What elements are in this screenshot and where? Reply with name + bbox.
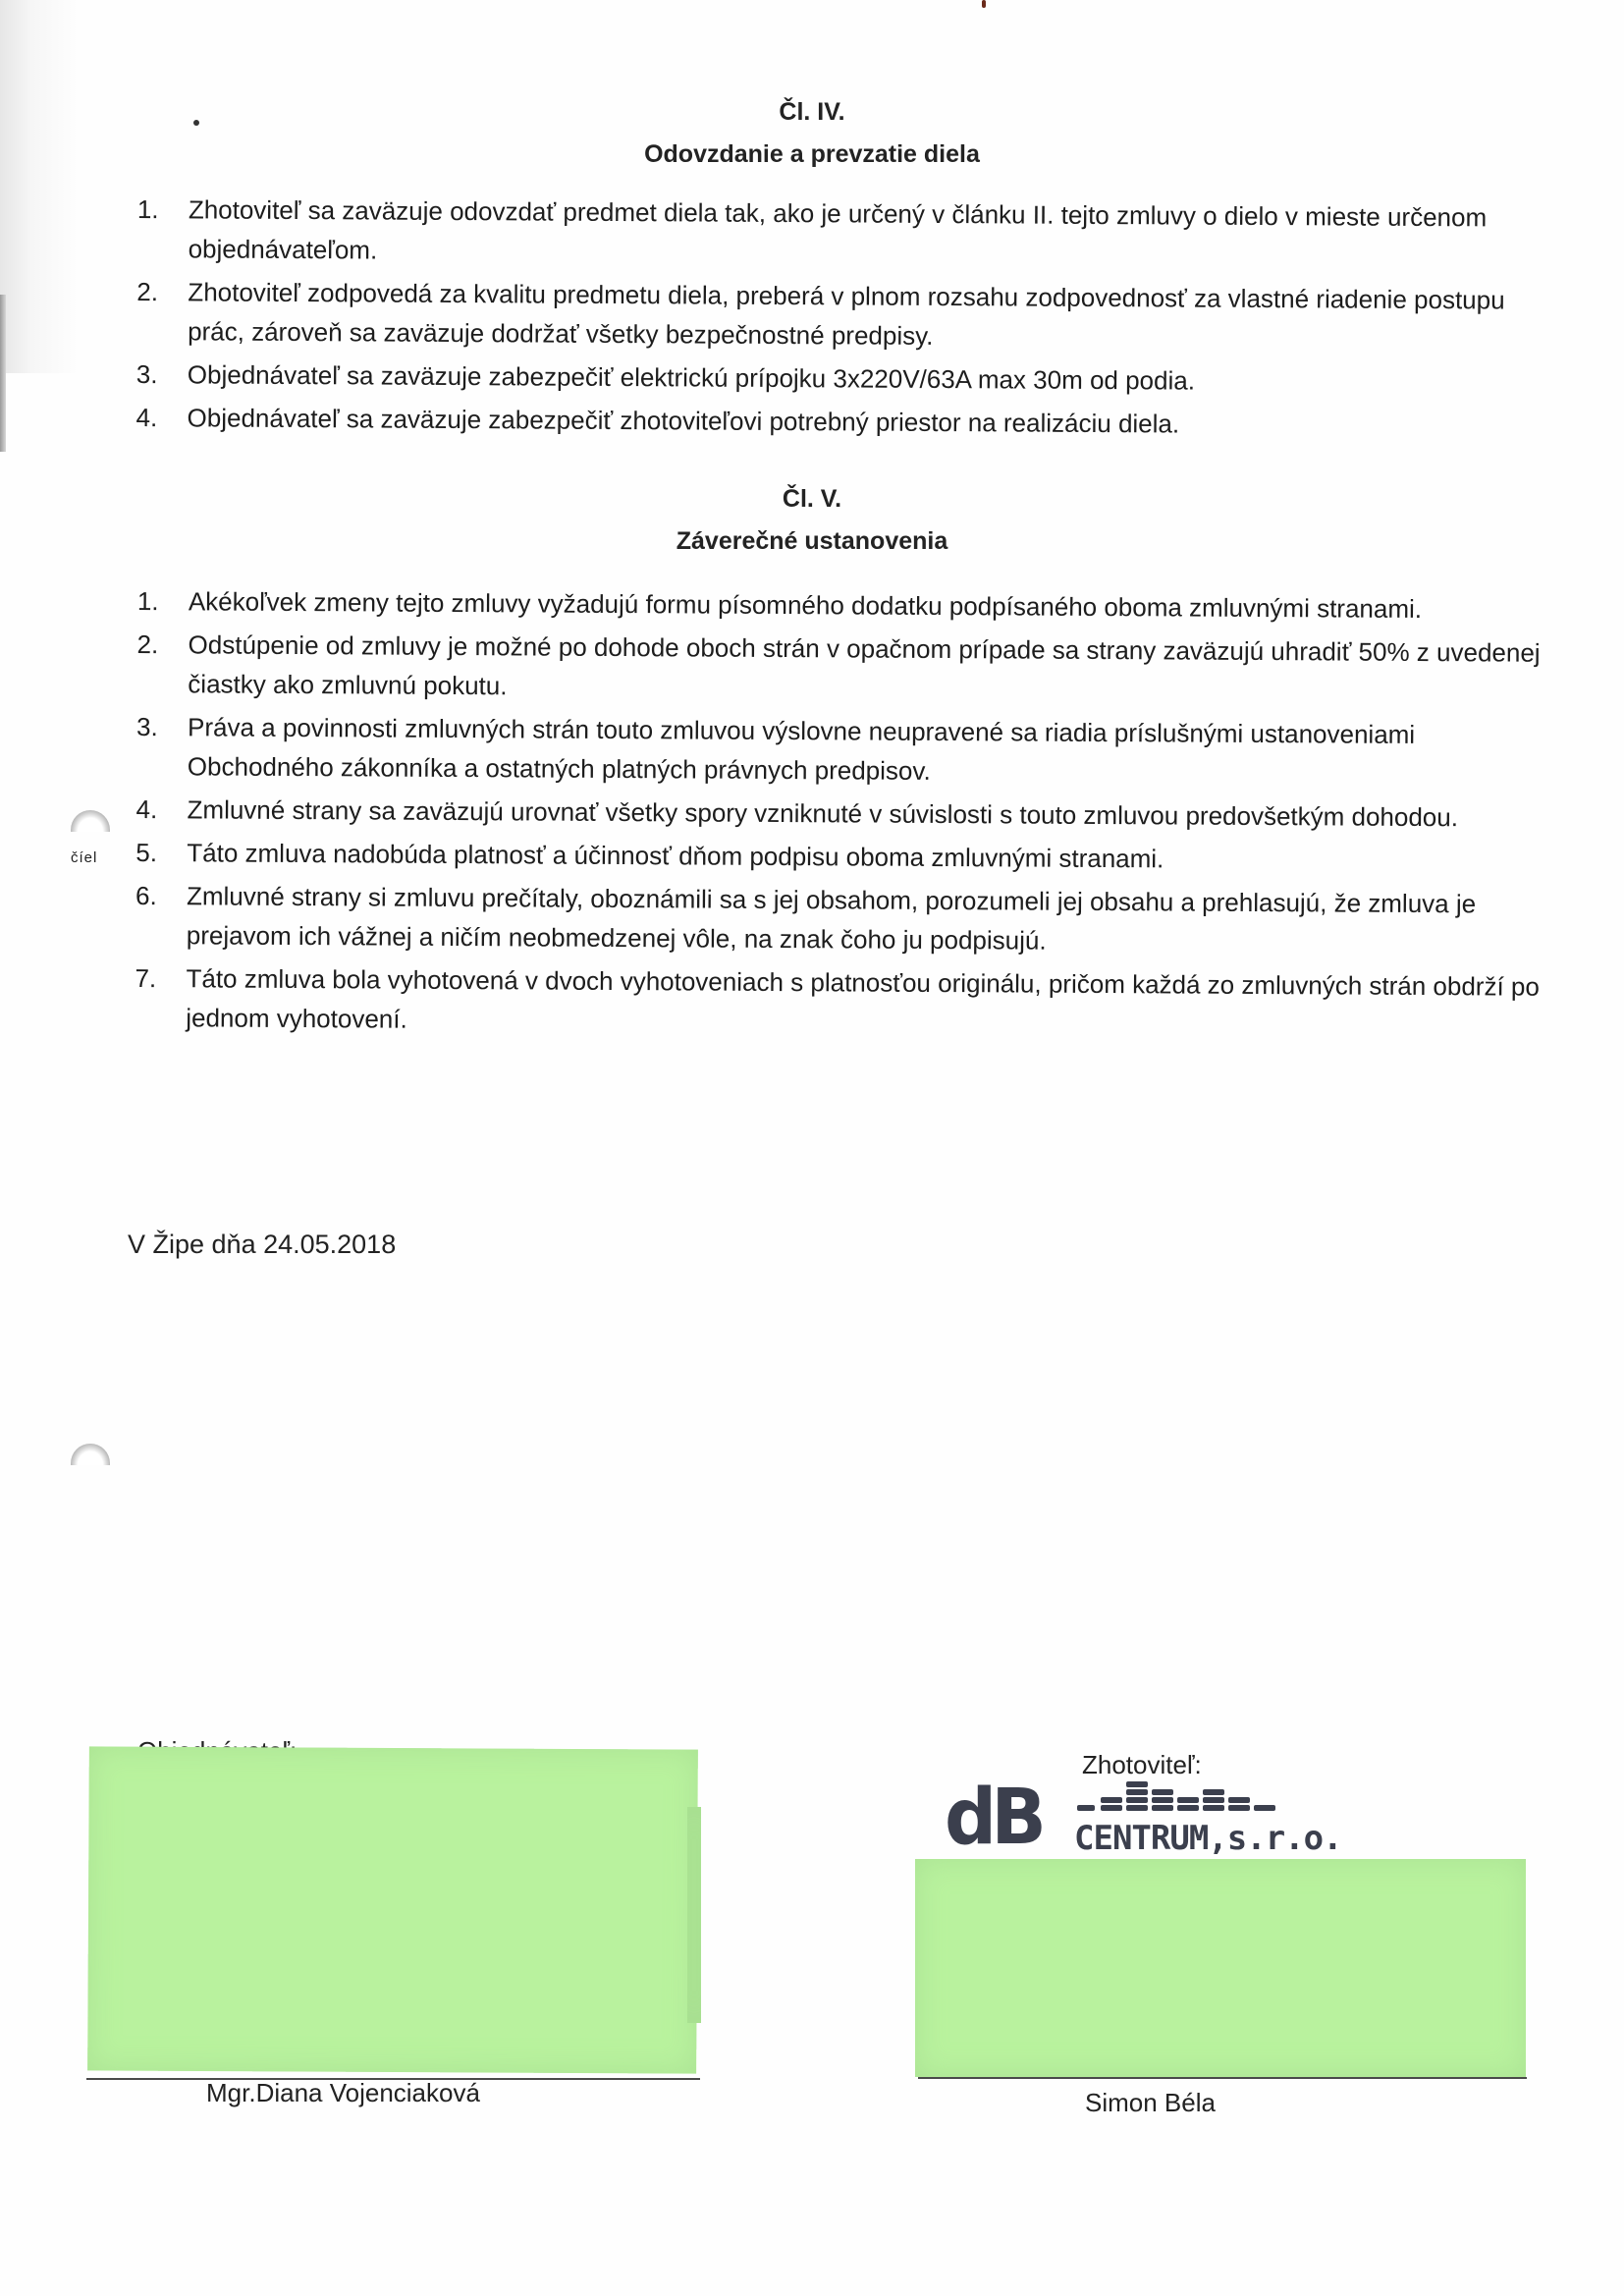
item-text: Zhotoviteľ zodpovedá za kvalitu predmetu… xyxy=(188,277,1505,351)
item-number: 1. xyxy=(137,190,159,229)
margin-note: číel xyxy=(71,849,97,866)
scan-mark xyxy=(982,0,986,8)
scan-edge-line xyxy=(0,295,6,452)
article-v-number: Čl. V. xyxy=(0,485,1624,514)
contractor-name: Simon Béla xyxy=(1085,2088,1216,2118)
company-stamp: dB CENTRUM,s.r.o. xyxy=(945,1768,1337,1866)
article-v-title: Záverečné ustanovenia xyxy=(0,527,1624,556)
item-number: 2. xyxy=(136,625,158,664)
item-number: 7. xyxy=(135,958,156,998)
item-text: Táto zmluva bola vyhotovená v dvoch vyho… xyxy=(186,963,1540,1033)
list-item: 1. Akékoľvek zmeny tejto zmluvy vyžadujú… xyxy=(137,581,1551,629)
item-text: Zmluvné strany sa zaväzujú urovnať všetk… xyxy=(187,794,1458,832)
redaction-shadow xyxy=(918,2077,1527,2079)
item-number: 3. xyxy=(136,707,158,746)
list-item: 4. Objednávateľ sa zaväzuje zabezpečiť z… xyxy=(135,398,1549,446)
list-item: 6. Zmluvné strany si zmluvu prečítaly, o… xyxy=(135,876,1549,963)
item-text: Práva a povinnosti zmluvných strán touto… xyxy=(188,712,1415,786)
redaction-client-signature xyxy=(87,1746,698,2073)
scan-edge-shade xyxy=(0,0,79,373)
item-number: 2. xyxy=(136,272,158,311)
item-number: 4. xyxy=(135,790,157,829)
article-iv-title: Odovzdanie a prevzatie diela xyxy=(0,140,1624,169)
item-text: Táto zmluva nadobúda platnosť a účinnosť… xyxy=(187,838,1164,873)
document-page: číel Čl. IV. Odovzdanie a prevzatie diel… xyxy=(0,0,1624,2296)
item-text: Odstúpenie od zmluvy je možné po dohode … xyxy=(188,629,1540,700)
item-number: 1. xyxy=(137,581,159,621)
stamp-logo-mark: dB xyxy=(945,1774,1041,1862)
item-number: 4. xyxy=(135,398,157,437)
article-iv-list: 1. Zhotoviteľ sa zaväzuje odovzdať predm… xyxy=(135,190,1551,450)
redaction-contractor-signature xyxy=(915,1859,1526,2077)
stamp-company: CENTRUM xyxy=(1074,1819,1208,1858)
item-number: 5. xyxy=(135,833,157,872)
article-v-list: 1. Akékoľvek zmeny tejto zmluvy vyžadujú… xyxy=(135,581,1551,1050)
list-item: 2. Zhotoviteľ zodpovedá za kvalitu predm… xyxy=(136,272,1550,359)
list-item: 5. Táto zmluva nadobúda platnosť a účinn… xyxy=(135,833,1549,881)
item-number: 6. xyxy=(135,876,157,915)
list-item: 3. Práva a povinnosti zmluvných strán to… xyxy=(136,707,1550,794)
stamp-company-name: CENTRUM,s.r.o. xyxy=(1074,1819,1342,1858)
item-text: Objednávateľ sa zaväzuje zabezpečiť zhot… xyxy=(187,403,1179,438)
item-text: Akékoľvek zmeny tejto zmluvy vyžadujú fo… xyxy=(189,586,1422,624)
item-number: 3. xyxy=(136,355,158,394)
redaction-fold xyxy=(687,1807,701,2023)
item-text: Zmluvné strany si zmluvu prečítaly, oboz… xyxy=(187,881,1477,955)
list-item: 4. Zmluvné strany sa zaväzujú urovnať vš… xyxy=(135,790,1549,838)
article-iv-number: Čl. IV. xyxy=(0,98,1624,127)
item-text: Objednávateľ sa zaväzuje zabezpečiť elek… xyxy=(188,359,1195,395)
place-date: V Žipe dňa 24.05.2018 xyxy=(128,1230,396,1260)
item-text: Zhotoviteľ sa zaväzuje odovzdať predmet … xyxy=(189,194,1488,264)
list-item: 1. Zhotoviteľ sa zaväzuje odovzdať predm… xyxy=(137,190,1551,277)
punch-hole-icon xyxy=(71,1444,110,1465)
client-name: Mgr.Diana Vojenciaková xyxy=(206,2078,480,2108)
stamp-suffix: ,s.r.o. xyxy=(1208,1819,1341,1858)
list-item: 2. Odstúpenie od zmluvy je možné po doho… xyxy=(136,625,1550,712)
list-item: 3. Objednávateľ sa zaväzuje zabezpečiť e… xyxy=(136,355,1550,403)
punch-hole-icon xyxy=(71,810,110,832)
list-item: 7. Táto zmluva bola vyhotovená v dvoch v… xyxy=(135,958,1548,1046)
